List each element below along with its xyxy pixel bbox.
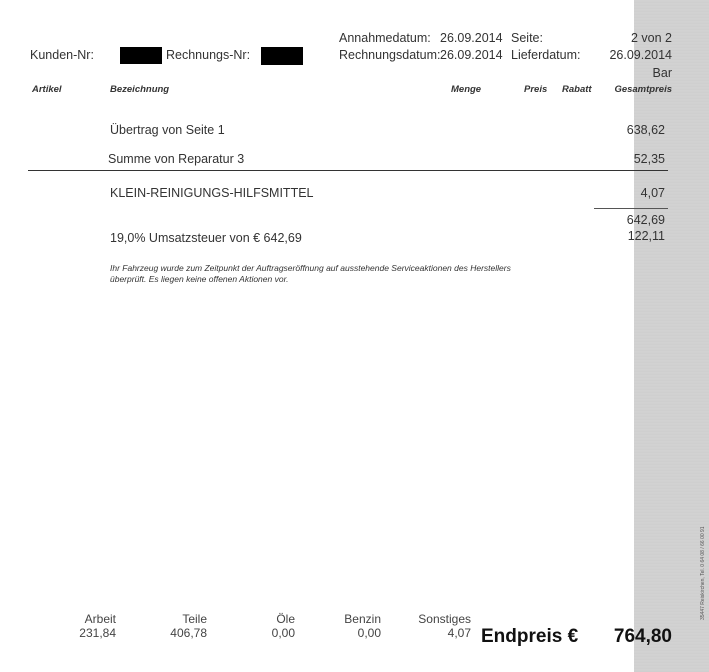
annahmedatum-value: 26.09.2014 [440, 31, 503, 45]
scan-shading [634, 0, 709, 672]
seite-value: 2 von 2 [590, 31, 672, 45]
tax-value: 122,11 [590, 229, 665, 243]
summary-value-oele: 0,00 [235, 626, 295, 640]
annahmedatum-label: Annahmedatum: [339, 31, 431, 45]
rechnungs-nr-label: Rechnungs-Nr: [166, 48, 250, 62]
row-label: KLEIN-REINIGUNGS-HILFSMITTEL [110, 186, 314, 200]
summary-label-oele: Öle [235, 612, 295, 626]
col-artikel: Artikel [32, 84, 62, 95]
row-label: Übertrag von Seite 1 [110, 123, 225, 137]
col-rabatt: Rabatt [562, 84, 592, 95]
total-value: 764,80 [580, 626, 672, 648]
summary-value-sonstiges: 4,07 [411, 626, 471, 640]
summary-value-teile: 406,78 [147, 626, 207, 640]
kunden-nr-redacted [120, 47, 162, 64]
note-line-2: überprüft. Es liegen keine offenen Aktio… [110, 274, 288, 285]
col-preis: Preis [524, 84, 547, 95]
rechnungsdatum-value: 26.09.2014 [440, 48, 503, 62]
summary-value-benzin: 0,00 [321, 626, 381, 640]
row-value: 52,35 [590, 152, 665, 166]
row-label: Summe von Reparatur 3 [108, 152, 244, 166]
summary-label-teile: Teile [147, 612, 207, 626]
subtotal-divider [594, 208, 668, 209]
row-divider [28, 170, 668, 171]
subtotal-value: 642,69 [590, 213, 665, 227]
col-gesamtpreis: Gesamtpreis [590, 84, 672, 95]
rechnungs-nr-redacted [261, 47, 303, 65]
kunden-nr-label: Kunden-Nr: [30, 48, 94, 62]
note-line-1: Ihr Fahrzeug wurde zum Zeitpunkt der Auf… [110, 263, 511, 274]
summary-label-benzin: Benzin [321, 612, 381, 626]
seite-label: Seite: [511, 31, 543, 45]
col-bezeichnung: Bezeichnung [110, 84, 169, 95]
footer-vertical-text: 35447 Reiskirchen, Tel. 0 64 08 / 66 00 … [700, 526, 706, 620]
lieferdatum-value: 26.09.2014 [590, 48, 672, 62]
lieferdatum-label: Lieferdatum: [511, 48, 580, 62]
rechnungsdatum-label: Rechnungsdatum: [339, 48, 440, 62]
summary-label-sonstiges: Sonstiges [411, 612, 471, 626]
payment-method: Bar [590, 66, 672, 80]
row-value: 4,07 [590, 186, 665, 200]
summary-value-arbeit: 231,84 [56, 626, 116, 640]
summary-label-arbeit: Arbeit [56, 612, 116, 626]
tax-label: 19,0% Umsatzsteuer von € 642,69 [110, 231, 302, 245]
total-label: Endpreis € [481, 626, 578, 648]
row-value: 638,62 [590, 123, 665, 137]
col-menge: Menge [451, 84, 481, 95]
